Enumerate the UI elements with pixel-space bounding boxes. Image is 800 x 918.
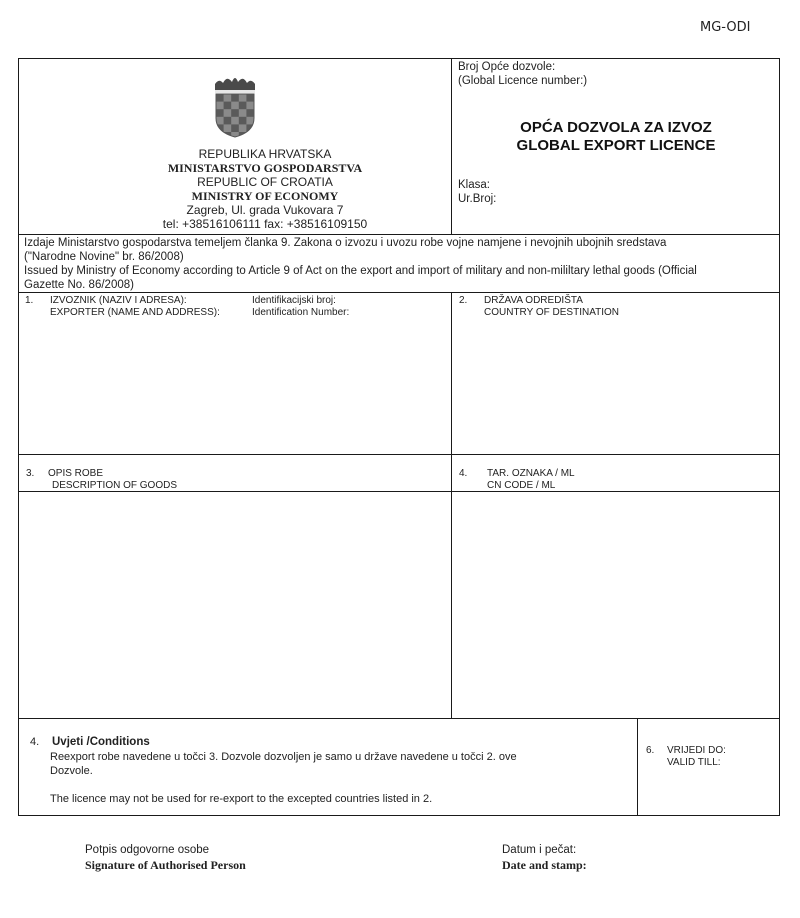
licence-number-label-en: (Global Licence number:) — [458, 74, 587, 88]
conditions-text-hr: Reexport robe navedene u točci 3. Dozvol… — [50, 750, 517, 764]
exporter-number: 1. — [25, 295, 33, 307]
divider — [18, 454, 780, 455]
valid-till-input-area[interactable] — [640, 772, 778, 814]
form-code: MG-ODI — [700, 20, 750, 35]
issuer-contact: tel: +38516106111 fax: +38516109150 — [100, 217, 430, 231]
column-divider — [637, 718, 638, 816]
goods-label-en: DESCRIPTION OF GOODS — [52, 480, 177, 492]
exporter-id-label-en: Identification Number: — [252, 307, 349, 319]
destination-input-area[interactable] — [454, 320, 778, 452]
legal-basis-hr-ref: ("Narodne Novine" br. 86/2008) — [24, 250, 184, 264]
licence-number-label-hr: Broj Opće dozvole: — [458, 60, 555, 74]
issuer-country-hr: REPUBLIKA HRVATSKA — [100, 147, 430, 161]
issuer-ministry-en: MINISTRY OF ECONOMY — [100, 189, 430, 203]
goods-number: 3. — [26, 468, 34, 480]
exporter-label-en: EXPORTER (NAME AND ADDRESS): — [50, 307, 220, 319]
cn-code-input-area[interactable] — [454, 493, 778, 717]
divider — [18, 718, 780, 719]
goods-input-area[interactable] — [20, 493, 450, 717]
cn-code-label-hr: TAR. OZNAKA / ML — [487, 468, 575, 480]
urbroj-label: Ur.Broj: — [458, 192, 496, 206]
legal-basis-en-ref: Gazette No. 86/2008) — [24, 278, 134, 292]
valid-till-label-en: VALID TILL: — [667, 757, 721, 769]
signature-label-hr: Potpis odgovorne osobe — [85, 843, 209, 857]
signature-label-en: Signature of Authorised Person — [85, 858, 246, 872]
issuer-address: Zagreb, Ul. grada Vukovara 7 — [100, 203, 430, 217]
cn-code-number: 4. — [459, 468, 467, 480]
conditions-text-en: The licence may not be used for re-expor… — [50, 792, 432, 806]
klasa-label: Klasa: — [458, 178, 490, 192]
column-divider — [451, 292, 452, 718]
divider — [18, 234, 780, 235]
valid-till-label-hr: VRIJEDI DO: — [667, 745, 726, 757]
divider — [18, 292, 780, 293]
valid-till-number: 6. — [646, 745, 654, 757]
licence-title-hr: OPĆA DOZVOLA ZA IZVOZ — [452, 118, 780, 137]
issuer-ministry-hr: MINISTARSTVO GOSPODARSTVA — [100, 161, 430, 175]
goods-label-hr: OPIS ROBE — [48, 468, 103, 480]
destination-label-hr: DRŽAVA ODREDIŠTA — [484, 295, 583, 307]
licence-title-en: GLOBAL EXPORT LICENCE — [452, 136, 780, 155]
exporter-input-area[interactable] — [20, 320, 450, 452]
destination-label-en: COUNTRY OF DESTINATION — [484, 307, 619, 319]
conditions-number: 4. — [30, 735, 39, 749]
date-stamp-label-en: Date and stamp: — [502, 858, 587, 872]
croatian-coat-of-arms-icon — [212, 74, 258, 138]
cn-code-label-en: CN CODE / ML — [487, 480, 555, 492]
destination-number: 2. — [459, 295, 467, 307]
legal-basis-en: Issued by Ministry of Economy according … — [24, 264, 697, 278]
issuer-country-en: REPUBLIC OF CROATIA — [100, 175, 430, 189]
conditions-text-hr-cont: Dozvole. — [50, 764, 93, 778]
exporter-label-hr: IZVOZNIK (NAZIV I ADRESA): — [50, 295, 187, 307]
legal-basis-hr: Izdaje Ministarstvo gospodarstva temelje… — [24, 236, 666, 250]
conditions-title: Uvjeti /Conditions — [52, 735, 150, 749]
date-stamp-label-hr: Datum i pečat: — [502, 843, 576, 857]
exporter-id-label-hr: Identifikacijski broj: — [252, 295, 336, 307]
